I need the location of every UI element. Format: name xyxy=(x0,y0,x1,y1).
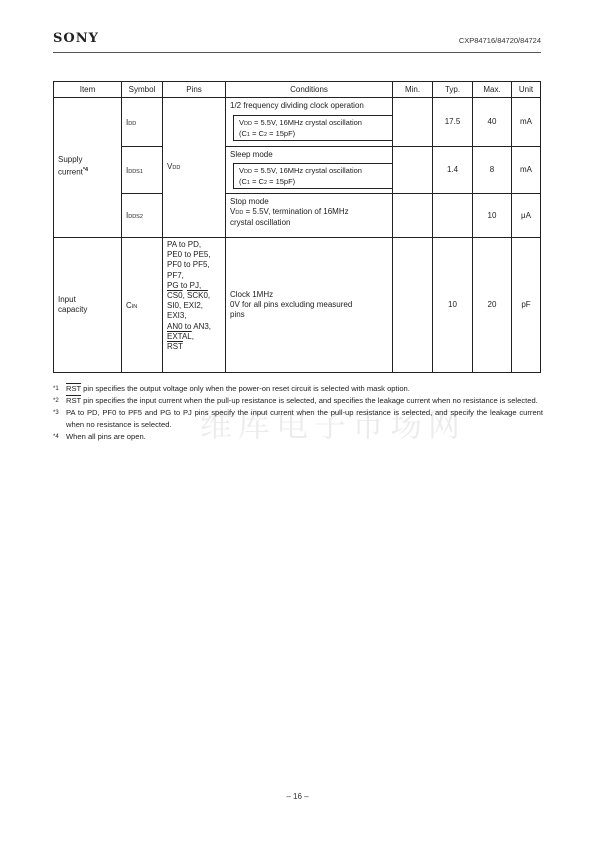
electrical-characteristics-table: Item Symbol Pins Conditions Min. Typ. Ma… xyxy=(53,81,541,373)
pins-vdd: VDD xyxy=(167,162,180,173)
item-label-line1: Supply xyxy=(58,155,120,165)
unit-cin: pF xyxy=(512,238,540,372)
unit-idds1: mA xyxy=(512,147,540,193)
footnotes: *1RST pin specifies the output voltage o… xyxy=(53,383,543,443)
pin-entry: CS0, SCK0, xyxy=(167,291,211,301)
condition-idd-title: 1/2 frequency dividing clock operation xyxy=(226,101,364,111)
header-rule xyxy=(53,52,541,53)
symbol-idds1: IDDS1 xyxy=(126,166,143,177)
footnote: *4When all pins are open. xyxy=(53,431,543,443)
footnote: *1RST pin specifies the output voltage o… xyxy=(53,383,543,395)
col-header-typ: Typ. xyxy=(433,82,472,97)
pin-entry: PF7, xyxy=(167,271,211,281)
pin-entry: AN0 to AN3, xyxy=(167,322,211,332)
condition-idds1-title: Sleep mode xyxy=(226,150,273,160)
max-idds1: 8 xyxy=(473,147,511,193)
typ-cin: 10 xyxy=(433,238,472,372)
symbol-idds2: IDDS2 xyxy=(126,211,143,222)
pin-entry: PG to PJ, xyxy=(167,281,211,291)
pin-entry: PF0 to PF5, xyxy=(167,260,211,270)
condition-cin: Clock 1MHz 0V for all pins excluding mea… xyxy=(226,290,352,320)
condition-idds1-box: VDD = 5.5V, 16MHz crystal oscillation (C… xyxy=(233,163,392,189)
col-header-item: Item xyxy=(54,82,121,97)
pin-entry: EXI3, xyxy=(167,311,211,321)
pin-entry: PA to PD, xyxy=(167,240,211,250)
pin-entry: SI0, EXI2, xyxy=(167,301,211,311)
item-input-capacity: Input capacity xyxy=(58,295,120,315)
page-number: – 16 – xyxy=(0,792,595,801)
max-cin: 20 xyxy=(473,238,511,372)
document-id: CXP84716/84720/84724 xyxy=(459,36,541,45)
item-supply-current: Supply current*4 xyxy=(58,155,120,178)
condition-idd-box: VDD = 5.5V, 16MHz crystal oscillation (C… xyxy=(233,115,392,141)
typ-idds1: 1.4 xyxy=(433,147,472,193)
max-idd: 40 xyxy=(473,98,511,146)
max-idds2: 10 xyxy=(473,194,511,237)
footnote: *2RST pin specifies the input current wh… xyxy=(53,395,543,407)
symbol-cin: CIN xyxy=(126,301,137,312)
item-label-line2: current*4 xyxy=(58,165,120,178)
unit-idd: mA xyxy=(512,98,540,146)
condition-idds2: Stop mode VDD = 5.5V, termination of 16M… xyxy=(226,197,349,228)
typ-idd: 17.5 xyxy=(433,98,472,146)
pin-entry: RST xyxy=(167,342,211,352)
pin-entry: PE0 to PE5, xyxy=(167,250,211,260)
sony-logo: SONY xyxy=(53,31,99,46)
col-header-conditions: Conditions xyxy=(226,82,392,97)
col-header-symbol: Symbol xyxy=(122,82,162,97)
unit-idds2: μA xyxy=(512,194,540,237)
pin-entry: EXTAL, xyxy=(167,332,211,342)
col-header-pins: Pins xyxy=(163,82,225,97)
pins-list: PA to PD,PE0 to PE5,PF0 to PF5,PF7,PG to… xyxy=(167,240,211,352)
col-header-min: Min. xyxy=(393,82,432,97)
col-header-max: Max. xyxy=(473,82,511,97)
footnote: *3PA to PD, PF0 to PF5 and PG to PJ pins… xyxy=(53,407,543,431)
symbol-idd: IDD xyxy=(126,118,136,129)
col-header-unit: Unit xyxy=(512,82,540,97)
